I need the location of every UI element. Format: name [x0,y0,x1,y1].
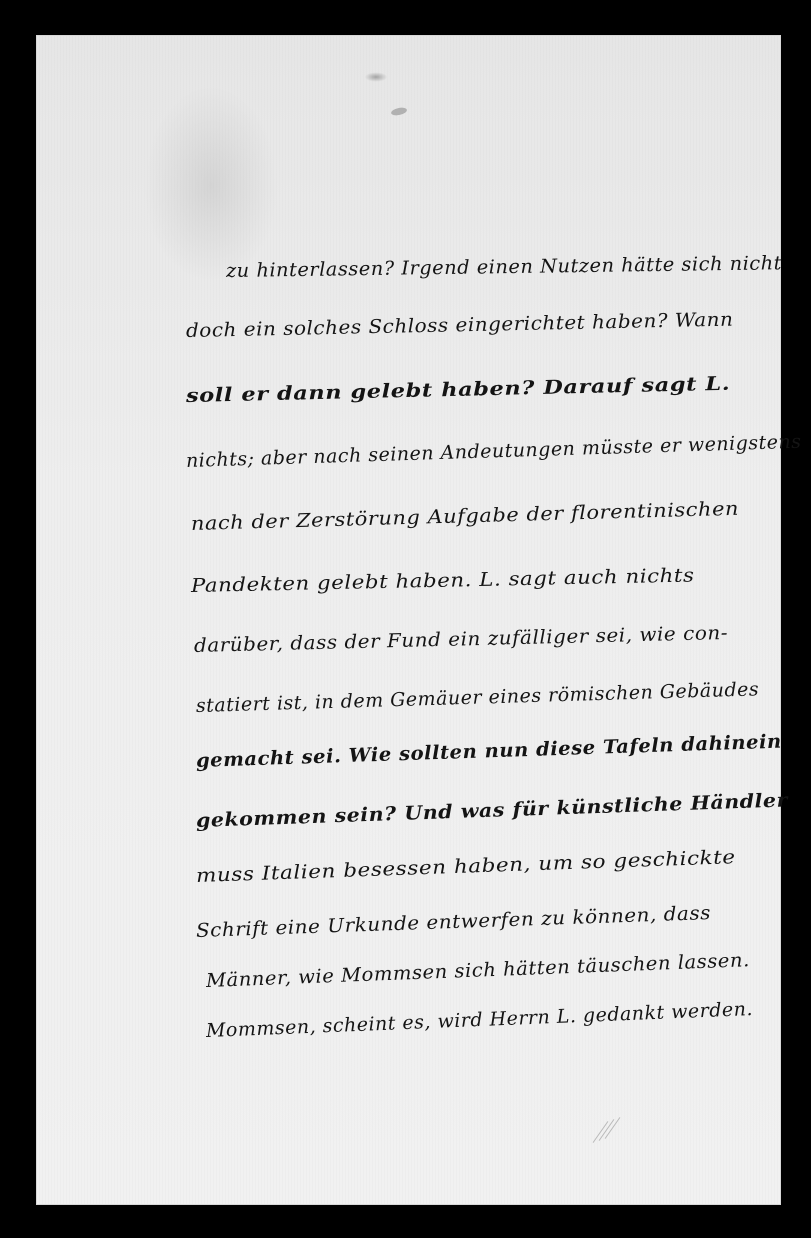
manuscript-line: zu hinterlassen? Irgend einen Nutzen hät… [226,252,782,282]
show-through-marks [596,1115,636,1155]
manuscript-line: gekommen sein? Und was für künstliche Hä… [196,789,789,832]
manuscript-line: muss Italien besessen haben, um so gesch… [196,846,736,887]
manuscript-text: zu hinterlassen? Irgend einen Nutzen hät… [36,35,781,1205]
manuscript-line: doch ein solches Schloss eingerichtet ha… [186,309,734,342]
manuscript-page: zu hinterlassen? Irgend einen Nutzen hät… [36,35,781,1205]
scan-background: zu hinterlassen? Irgend einen Nutzen hät… [0,0,811,1238]
manuscript-line: Männer, wie Mommsen sich hätten täuschen… [206,949,751,992]
manuscript-line: Mommsen, scheint es, wird Herrn L. gedan… [206,998,754,1042]
manuscript-line: gemacht sei. Wie sollten nun diese Tafel… [196,731,782,772]
manuscript-line: Pandekten gelebt haben. L. sagt auch nic… [191,564,695,597]
manuscript-line: statiert ist, in dem Gemäuer eines römis… [196,678,760,717]
manuscript-line: darüber, dass der Fund ein zufälliger se… [194,622,728,657]
manuscript-line: nach der Zerstörung Aufgabe der florenti… [191,498,740,535]
manuscript-line: soll er dann gelebt haben? Darauf sagt L… [186,373,731,407]
manuscript-line: Schrift eine Urkunde entwerfen zu können… [196,902,712,942]
manuscript-line: nichts; aber nach seinen Andeutungen müs… [186,431,802,472]
